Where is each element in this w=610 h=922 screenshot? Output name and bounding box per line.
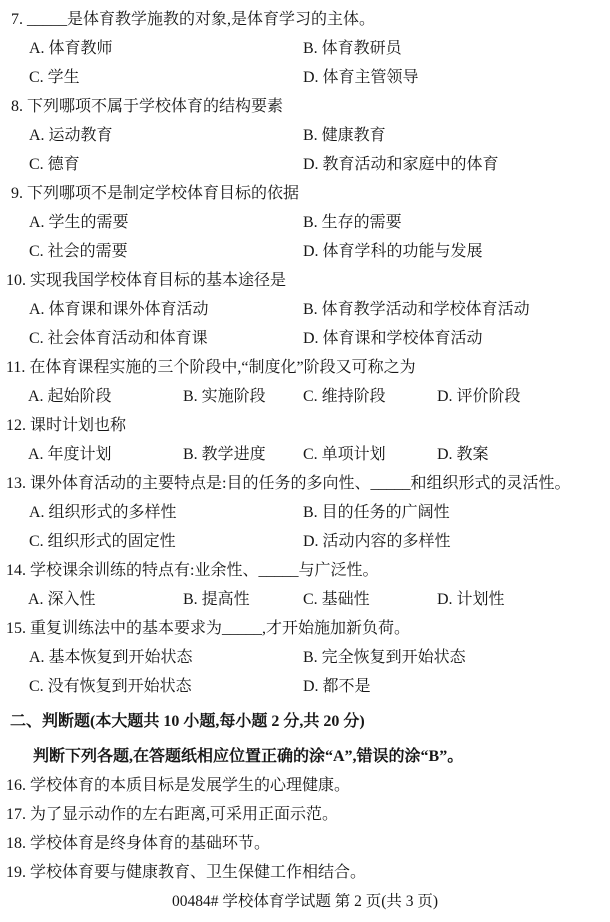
option-b: B. 体育教研员 [303,34,402,63]
option-a: A. 深入性 [28,585,96,614]
question-number: 17. [6,806,26,823]
option-b: B. 实施阶段 [183,382,266,411]
footer-text: 00484# 学校体育学试题 第 2 页(共 3 页) [172,893,438,910]
question-7-options-ab: A. 体育教师 B. 体育教研员 [0,34,610,63]
option-b: B. 教学进度 [183,440,266,469]
question-text: 课外体育活动的主要特点是:目的任务的多向性、_____和组织形式的灵活性。 [30,475,570,492]
question-14-title: 14.学校课余训练的特点有:业余性、_____与广泛性。 [0,556,610,585]
option-b: B. 生存的需要 [303,208,402,237]
option-c: C. 维持阶段 [303,382,386,411]
question-13-options-cd: C. 组织形式的固定性 D. 活动内容的多样性 [0,527,610,556]
question-text: 下列哪项不是制定学校体育目标的依据 [27,185,299,202]
question-number: 13. [6,475,26,492]
option-a: A. 体育教师 [29,34,113,63]
question-16: 16.学校体育的本质目标是发展学生的心理健康。 [0,771,610,800]
question-10-title: 10.实现我国学校体育目标的基本途径是 [0,266,610,295]
question-9-title: 9.下列哪项不是制定学校体育目标的依据 [0,179,610,208]
question-number: 14. [6,562,26,579]
question-text: 重复训练法中的基本要求为_____,才开始施加新负荷。 [30,620,410,637]
option-a: A. 起始阶段 [28,382,112,411]
option-c: C. 学生 [29,63,80,92]
question-number: 7. [11,11,23,28]
question-15-title: 15.重复训练法中的基本要求为_____,才开始施加新负荷。 [0,614,610,643]
option-c: C. 社会体育活动和体育课 [29,324,208,353]
question-text: 下列哪项不属于学校体育的结构要素 [27,98,283,115]
question-text: 学校课余训练的特点有:业余性、_____与广泛性。 [30,562,378,579]
option-c: C. 组织形式的固定性 [29,527,176,556]
question-text: 学校体育的本质目标是发展学生的心理健康。 [30,777,350,794]
option-d: D. 体育主管领导 [303,63,419,92]
option-c: C. 没有恢复到开始状态 [29,672,192,701]
option-b: B. 完全恢复到开始状态 [303,643,466,672]
exam-page: 7._____是体育教学施教的对象,是体育学习的主体。 A. 体育教师 B. 体… [0,0,610,922]
question-number: 11. [6,359,25,376]
option-d: D. 评价阶段 [437,382,521,411]
option-c: C. 基础性 [303,585,370,614]
option-d: D. 教案 [437,440,489,469]
question-8-options-cd: C. 德育 D. 教育活动和家庭中的体育 [0,150,610,179]
instruction-text: 判断下列各题,在答题纸相应位置正确的涂“A”,错误的涂“B”。 [33,748,463,765]
question-text: 在体育课程实施的三个阶段中,“制度化”阶段又可称之为 [29,359,415,376]
option-a: A. 年度计划 [28,440,112,469]
question-number: 19. [6,864,26,881]
section-2-instruction: 判断下列各题,在答题纸相应位置正确的涂“A”,错误的涂“B”。 [0,742,610,771]
question-number: 15. [6,620,26,637]
option-d: D. 体育学科的功能与发展 [303,237,483,266]
question-15-options-ab: A. 基本恢复到开始状态 B. 完全恢复到开始状态 [0,643,610,672]
option-a: A. 体育课和课外体育活动 [29,295,209,324]
question-7-options-cd: C. 学生 D. 体育主管领导 [0,63,610,92]
question-number: 10. [6,272,26,289]
question-number: 18. [6,835,26,852]
option-b: B. 提高性 [183,585,250,614]
option-a: A. 运动教育 [29,121,113,150]
question-text: 课时计划也称 [30,417,126,434]
question-number: 8. [11,98,23,115]
option-d: D. 都不是 [303,672,371,701]
question-text: 学校体育是终身体育的基础环节。 [30,835,270,852]
question-14-options: A. 深入性 B. 提高性 C. 基础性 D. 计划性 [0,585,610,614]
option-b: B. 目的任务的广阔性 [303,498,450,527]
question-18: 18.学校体育是终身体育的基础环节。 [0,829,610,858]
option-d: D. 体育课和学校体育活动 [303,324,483,353]
option-b: B. 健康教育 [303,121,386,150]
question-number: 16. [6,777,26,794]
option-c: C. 单项计划 [303,440,386,469]
option-a: A. 基本恢复到开始状态 [29,643,193,672]
question-13-options-ab: A. 组织形式的多样性 B. 目的任务的广阔性 [0,498,610,527]
question-11-title: 11.在体育课程实施的三个阶段中,“制度化”阶段又可称之为 [0,353,610,382]
question-11-options: A. 起始阶段 B. 实施阶段 C. 维持阶段 D. 评价阶段 [0,382,610,411]
question-19: 19.学校体育要与健康教育、卫生保健工作相结合。 [0,858,610,887]
option-d: D. 计划性 [437,585,505,614]
question-text: 为了显示动作的左右距离,可采用正面示范。 [30,806,338,823]
question-number: 9. [11,185,23,202]
question-13-title: 13.课外体育活动的主要特点是:目的任务的多向性、_____和组织形式的灵活性。 [0,469,610,498]
question-12-options: A. 年度计划 B. 教学进度 C. 单项计划 D. 教案 [0,440,610,469]
question-text: 学校体育要与健康教育、卫生保健工作相结合。 [30,864,366,881]
question-8-options-ab: A. 运动教育 B. 健康教育 [0,121,610,150]
question-12-title: 12.课时计划也称 [0,411,610,440]
question-15-options-cd: C. 没有恢复到开始状态 D. 都不是 [0,672,610,701]
section-header-text: 二、判断题(本大题共 10 小题,每小题 2 分,共 20 分) [10,713,365,730]
question-text: _____是体育教学施教的对象,是体育学习的主体。 [27,11,375,28]
question-10-options-cd: C. 社会体育活动和体育课 D. 体育课和学校体育活动 [0,324,610,353]
page-footer: 00484# 学校体育学试题 第 2 页(共 3 页) [0,887,610,916]
question-8-title: 8.下列哪项不属于学校体育的结构要素 [0,92,610,121]
question-text: 实现我国学校体育目标的基本途径是 [30,272,286,289]
question-10-options-ab: A. 体育课和课外体育活动 B. 体育教学活动和学校体育活动 [0,295,610,324]
option-a: A. 组织形式的多样性 [29,498,177,527]
option-c: C. 社会的需要 [29,237,128,266]
option-d: D. 教育活动和家庭中的体育 [303,150,499,179]
option-b: B. 体育教学活动和学校体育活动 [303,295,530,324]
question-17: 17.为了显示动作的左右距离,可采用正面示范。 [0,800,610,829]
section-2-header: 二、判断题(本大题共 10 小题,每小题 2 分,共 20 分) [0,707,610,736]
option-d: D. 活动内容的多样性 [303,527,451,556]
question-7-title: 7._____是体育教学施教的对象,是体育学习的主体。 [0,5,610,34]
option-a: A. 学生的需要 [29,208,129,237]
question-number: 12. [6,417,26,434]
question-9-options-ab: A. 学生的需要 B. 生存的需要 [0,208,610,237]
question-9-options-cd: C. 社会的需要 D. 体育学科的功能与发展 [0,237,610,266]
option-c: C. 德育 [29,150,80,179]
